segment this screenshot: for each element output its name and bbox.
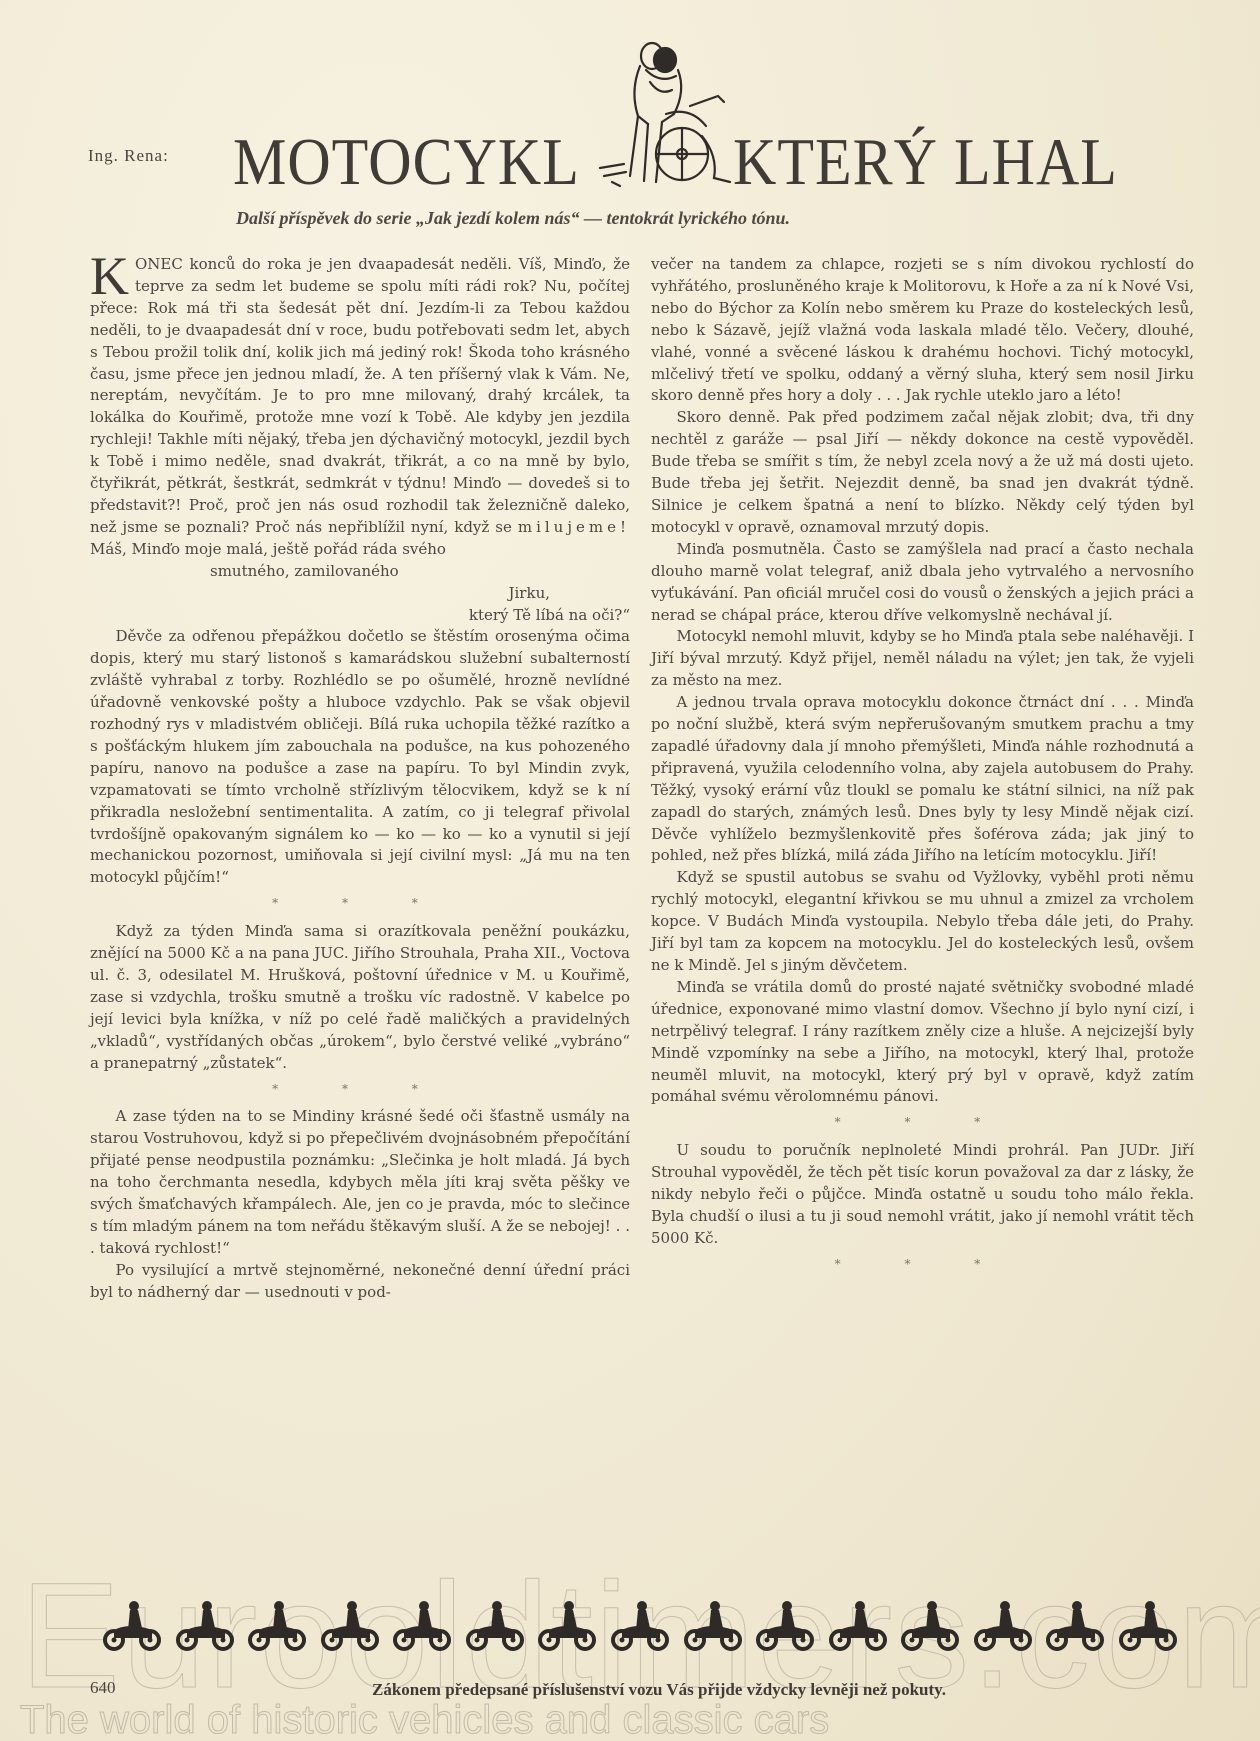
motorcyclist-silhouette-icon — [898, 1598, 962, 1654]
motorcyclist-silhouette-icon — [608, 1598, 672, 1654]
motorcyclist-silhouette-icon — [1116, 1598, 1180, 1654]
motorcyclist-silhouette-icon — [1043, 1598, 1107, 1654]
motorcyclist-silhouette-icon — [971, 1598, 1035, 1654]
paragraph: Když se spustil autobus se svahu od Vyžl… — [651, 867, 1194, 977]
footer-slogan: Zákonem předepsané příslušenství vozu Vá… — [372, 1680, 946, 1700]
letter-signature-line-1: smutného, zamilovaného — [90, 561, 630, 583]
paragraph: Minďa se vrátila domů do prosté najaté s… — [651, 977, 1194, 1108]
paragraph: A jednou trvala oprava motocyklu dokonce… — [651, 692, 1194, 867]
paragraph: U soudu to poručník neplnoleté Mindi pro… — [651, 1140, 1194, 1250]
section-divider: * * * — [90, 889, 630, 921]
dropcap: K — [90, 256, 129, 296]
section-divider: * * * — [651, 1250, 1194, 1282]
paragraph-text: ONEC konců do roka je jen dvaapadesát ne… — [90, 255, 630, 536]
paragraph: Děvče za odřenou přepážkou dočetlo se št… — [90, 626, 630, 889]
watermark-small: The world of historic vehicles and class… — [20, 1700, 829, 1740]
paragraph: Po vysilující a mrtvě stejnoměrné, nekon… — [90, 1260, 630, 1304]
motorcyclist-silhouette-icon — [681, 1598, 745, 1654]
paragraph: A zase týden na to se Mindiny krásné šed… — [90, 1106, 630, 1259]
paragraph-text: Máš, Minďo moje malá, ještě pořád ráda s… — [90, 540, 446, 558]
paragraph: KONEC konců do roka je jen dvaapadesát n… — [90, 254, 630, 561]
motorcycle-decoration-row — [100, 1594, 1180, 1654]
motorcyclist-silhouette-icon — [535, 1598, 599, 1654]
letter-signature-line-3: který Tě líbá na oči?“ — [90, 605, 630, 627]
motorcyclist-silhouette-icon — [463, 1598, 527, 1654]
motorcyclist-silhouette-icon — [100, 1598, 164, 1654]
title-right: KTERÝ LHAL — [733, 128, 1118, 195]
motorcyclist-silhouette-icon — [753, 1598, 817, 1654]
section-divider: * * * — [90, 1075, 630, 1107]
article-left-column: KONEC konců do roka je jen dvaapadesát n… — [90, 254, 630, 1304]
motorcyclist-silhouette-icon — [318, 1598, 382, 1654]
motorcyclist-silhouette-icon — [826, 1598, 890, 1654]
letter-signature-line-2: Jirku, — [90, 583, 630, 605]
section-divider: * * * — [651, 1108, 1194, 1140]
paragraph: Skoro denně. Pak před podzimem začal něj… — [651, 407, 1194, 538]
motorcyclist-silhouette-icon — [245, 1598, 309, 1654]
paragraph: Minďa posmutněla. Často se zamýšlela nad… — [651, 539, 1194, 627]
spaced-text: milujeme! — [518, 518, 630, 536]
byline: Ing. Rena: — [88, 146, 169, 166]
paragraph: večer na tandem za chlapce, rozjeti se s… — [651, 254, 1194, 407]
paragraph: Motocykl nemohl mluvit, kdyby se ho Minď… — [651, 626, 1194, 692]
page-number: 640 — [90, 1678, 116, 1698]
title-left: MOTOCYKL — [233, 128, 580, 195]
motorcyclist-silhouette-icon — [173, 1598, 237, 1654]
subtitle: Další příspěvek do serie „Jak jezdí kole… — [236, 208, 1066, 229]
motorcyclist-silhouette-icon — [390, 1598, 454, 1654]
paragraph: Když za týden Minďa sama si orazítkovala… — [90, 921, 630, 1074]
article-right-column: večer na tandem za chlapce, rozjeti se s… — [651, 254, 1194, 1282]
